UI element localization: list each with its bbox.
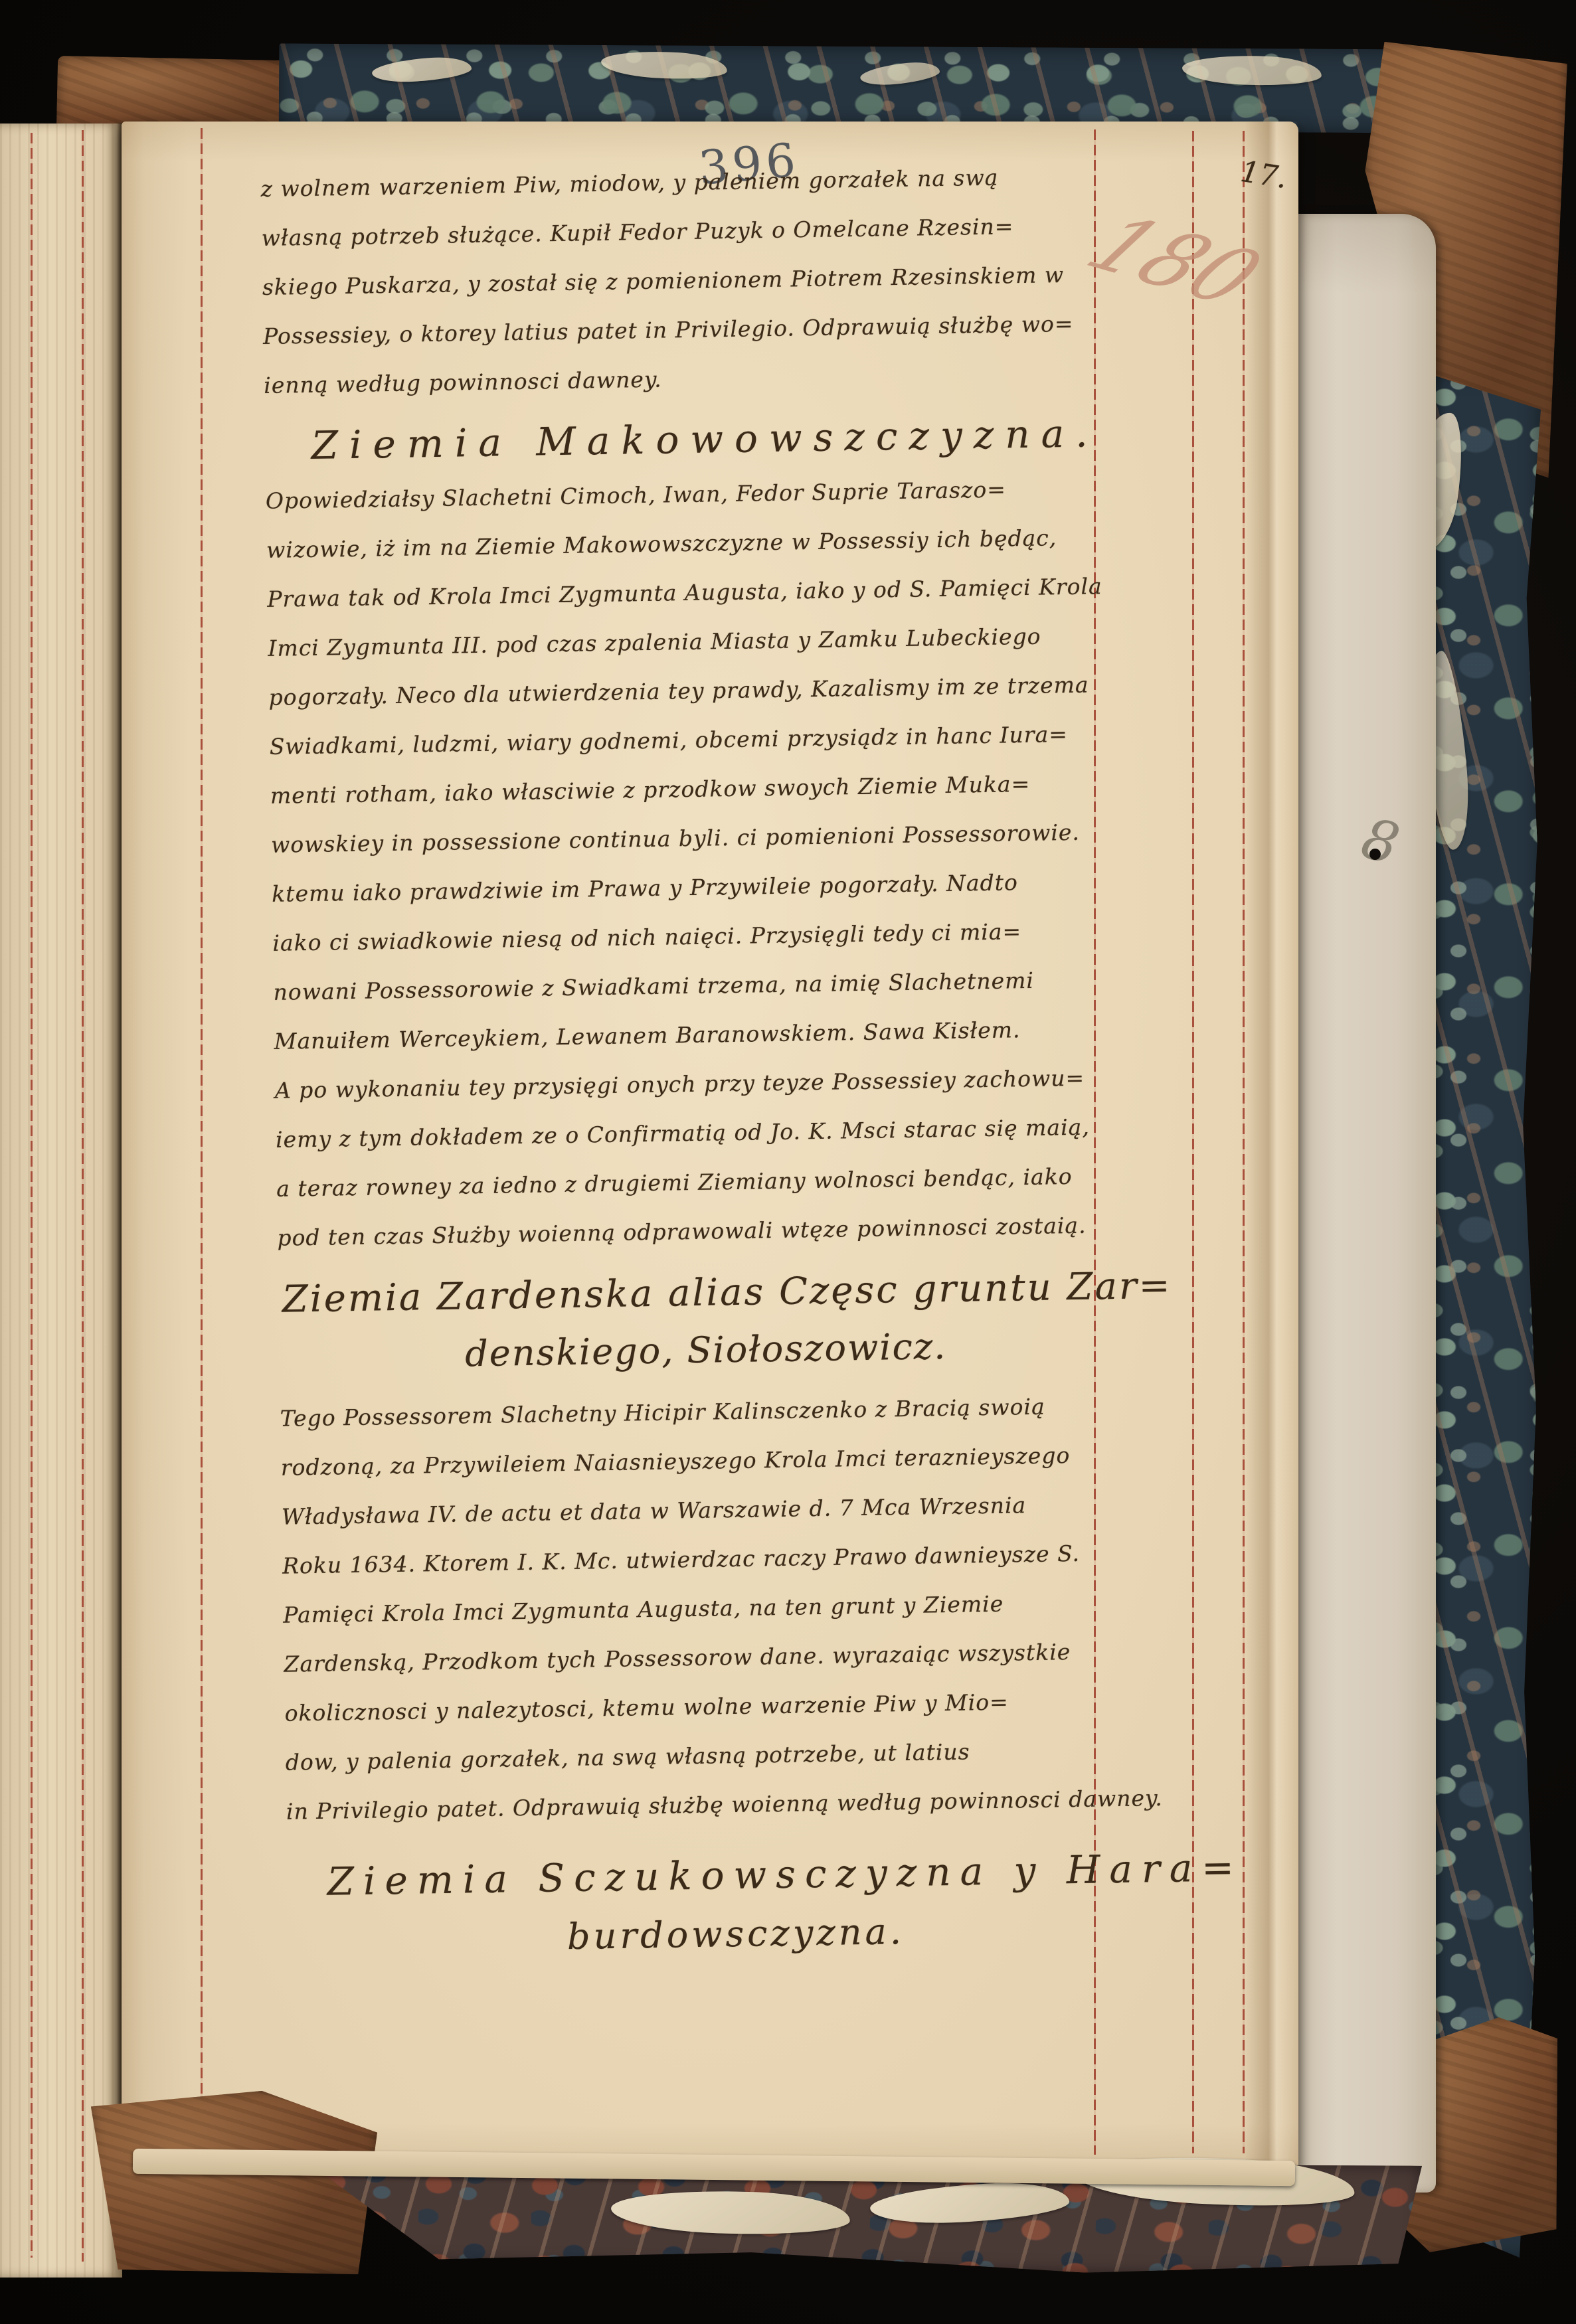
ruled-margin-line-verso-inner bbox=[82, 130, 84, 2262]
flyleaf-page bbox=[1294, 214, 1436, 2193]
section-heading-continued: denskiego, Siołoszowicz. bbox=[278, 1313, 1109, 1394]
section-heading: Ziemia Zardenska alias Częsc gruntu Zar= bbox=[278, 1250, 1108, 1327]
section-heading: Ziemia Sczukowsczyzna y Hara= bbox=[287, 1823, 1118, 1911]
section-makowowszczyzna: Ziemia Makowowszczyzna. Opowiedziałsy Sl… bbox=[264, 397, 1108, 1262]
manuscript-intro: z wolnem warzeniem Piw, miodow, y paleni… bbox=[260, 151, 1094, 410]
section-heading-continued: burdowsczyzna. bbox=[288, 1898, 1118, 1972]
section-zardenska: Ziemia Zardenska alias Częsc gruntu Zar=… bbox=[278, 1250, 1116, 1837]
photographed-manuscript-book: 8 396 17. 180 z wolnem warzeniem Piw, mi… bbox=[0, 0, 1576, 2324]
manuscript-text-block: z wolnem warzeniem Piw, miodow, y paleni… bbox=[260, 151, 1119, 1971]
page-curl-crease bbox=[1244, 122, 1298, 2177]
section-heading: Ziemia Makowowszczyzna. bbox=[264, 397, 1095, 477]
section-sczukowsczyzna: Ziemia Sczukowsczyzna y Hara= burdowsczy… bbox=[287, 1823, 1119, 1972]
folio-number: 17. bbox=[1238, 155, 1289, 195]
previous-leaves-edge-stack bbox=[0, 124, 122, 2278]
ruled-margin-line-left bbox=[201, 128, 203, 2160]
ruled-margin-line-verso-outer bbox=[31, 133, 33, 2258]
wormhole-dot bbox=[1369, 849, 1381, 860]
